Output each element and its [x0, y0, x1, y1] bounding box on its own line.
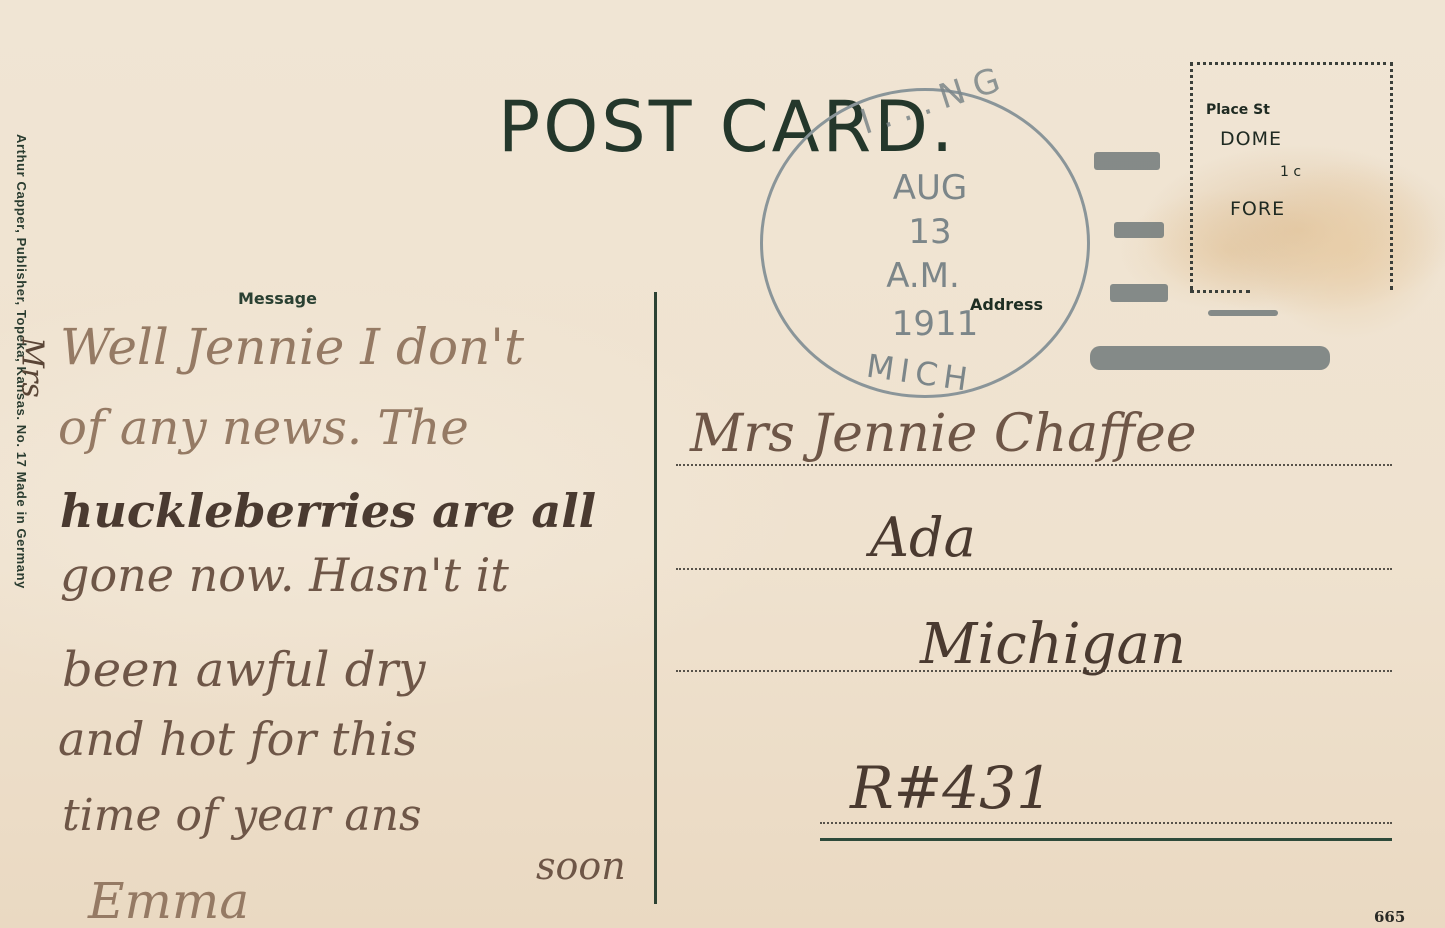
message-line-8: soon [536, 844, 626, 888]
postmark-day: 13 [880, 212, 980, 252]
message-line-6: and hot for this [58, 712, 417, 766]
message-line-4: gone now. Hasn't it [60, 548, 509, 602]
cancel-bar-2 [1114, 222, 1164, 238]
message-signature: Emma [88, 872, 249, 928]
cancel-bar-5 [1090, 346, 1330, 370]
stamp-domestic: DOME [1220, 128, 1282, 150]
cancel-bar-4 [1208, 310, 1278, 316]
stamp-rate: 1 c [1280, 164, 1301, 180]
message-line-1: Well Jennie I don't [60, 318, 524, 376]
postmark-month: AUG [880, 168, 980, 208]
postmark-time: A.M. [868, 256, 978, 296]
cancel-bar-1 [1094, 152, 1160, 170]
address-label: Address [970, 295, 1043, 314]
center-divider [654, 292, 657, 904]
postcard-back: POST CARD. Arthur Capper, Publisher, Top… [0, 0, 1445, 928]
address-line-1 [676, 464, 1392, 466]
message-line-5: been awful dry [62, 642, 426, 698]
address-line-4 [820, 822, 1392, 824]
stamp-foreign: FORE [1230, 198, 1285, 220]
address-underline [820, 838, 1392, 841]
card-number: 665 [1374, 908, 1405, 926]
message-line-3: huckleberries are all [60, 484, 596, 538]
message-line-7: time of year ans [62, 790, 422, 841]
stamp-instruction: Place St [1206, 102, 1270, 118]
message-label: Message [238, 289, 317, 308]
address-line-2 [676, 568, 1392, 570]
recipient-name: Mrs Jennie Chaffee [690, 404, 1197, 464]
message-line-2: of any news. The [58, 400, 469, 456]
stamp-box-bottom-border [1190, 290, 1250, 293]
recipient-state: Michigan [920, 612, 1186, 677]
margin-note: Mrs [15, 337, 50, 397]
recipient-city: Ada [870, 506, 976, 569]
cancel-bar-3 [1110, 284, 1168, 302]
recipient-route: R#431 [850, 754, 1053, 822]
